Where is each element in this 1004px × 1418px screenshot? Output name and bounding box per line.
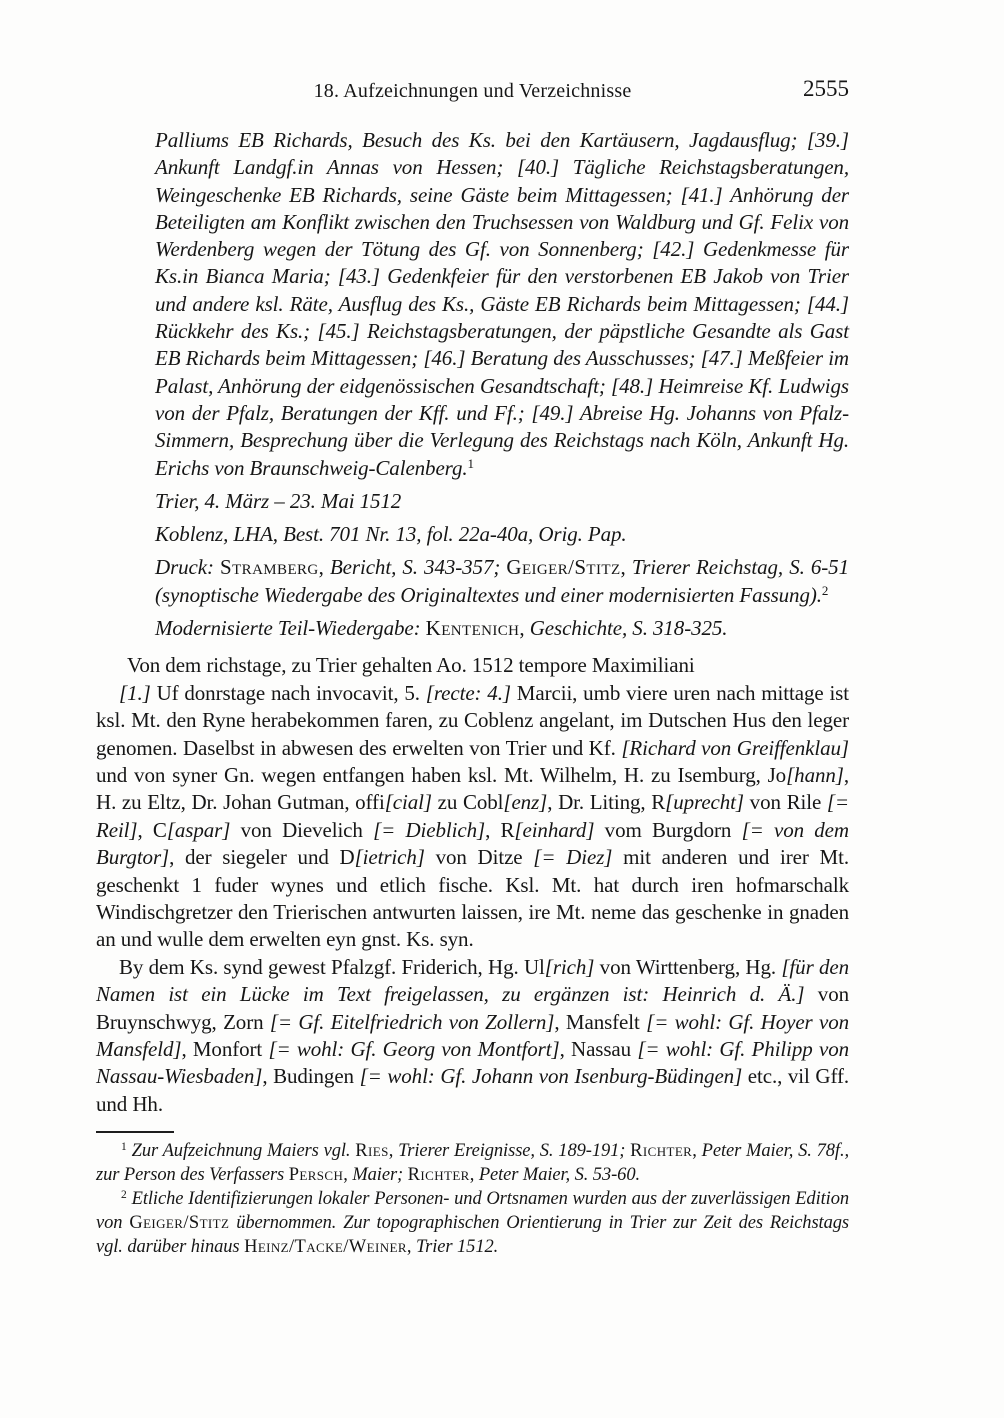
meta-archive-reference: Koblenz, LHA, Best. 701 Nr. 13, fol. 22a… bbox=[155, 521, 849, 548]
transcription-paragraph-2: By dem Ks. synd gewest Pfalzgf. Frideric… bbox=[96, 954, 849, 1118]
meta-date-place: Trier, 4. März – 23. Mai 1512 bbox=[155, 488, 849, 515]
running-header: 18. Aufzeichnungen und Verzeichnisse 255… bbox=[96, 78, 849, 106]
chapter-title: 18. Aufzeichnungen und Verzeichnisse bbox=[96, 78, 849, 104]
footnote-separator bbox=[96, 1131, 174, 1133]
meta-modernized-edition: Modernisierte Teil-Wiedergabe: Kentenich… bbox=[155, 615, 849, 642]
footnote-2: 2Etliche Identifizierungen lokaler Perso… bbox=[96, 1188, 849, 1260]
regest-summary: Palliums EB Richards, Besuch des Ks. bei… bbox=[155, 127, 849, 482]
footnote-1: 1Zur Aufzeichnung Maiers vgl. Ries, Trie… bbox=[96, 1140, 849, 1188]
page-content: 18. Aufzeichnungen und Verzeichnisse 255… bbox=[96, 78, 849, 1260]
page-number: 2555 bbox=[803, 76, 849, 102]
footnotes-block: 1Zur Aufzeichnung Maiers vgl. Ries, Trie… bbox=[96, 1140, 849, 1260]
transcription-title-line: Von dem richstage, zu Trier gehalten Ao.… bbox=[96, 652, 849, 679]
transcription-body: Von dem richstage, zu Trier gehalten Ao.… bbox=[96, 652, 849, 1118]
transcription-paragraph-1: [1.] Uf donrstage nach invocavit, 5. [re… bbox=[96, 680, 849, 954]
meta-print-editions: Druck: Stramberg, Bericht, S. 343-357; G… bbox=[155, 554, 849, 609]
book-page: 18. Aufzeichnungen und Verzeichnisse 255… bbox=[0, 0, 1004, 1418]
